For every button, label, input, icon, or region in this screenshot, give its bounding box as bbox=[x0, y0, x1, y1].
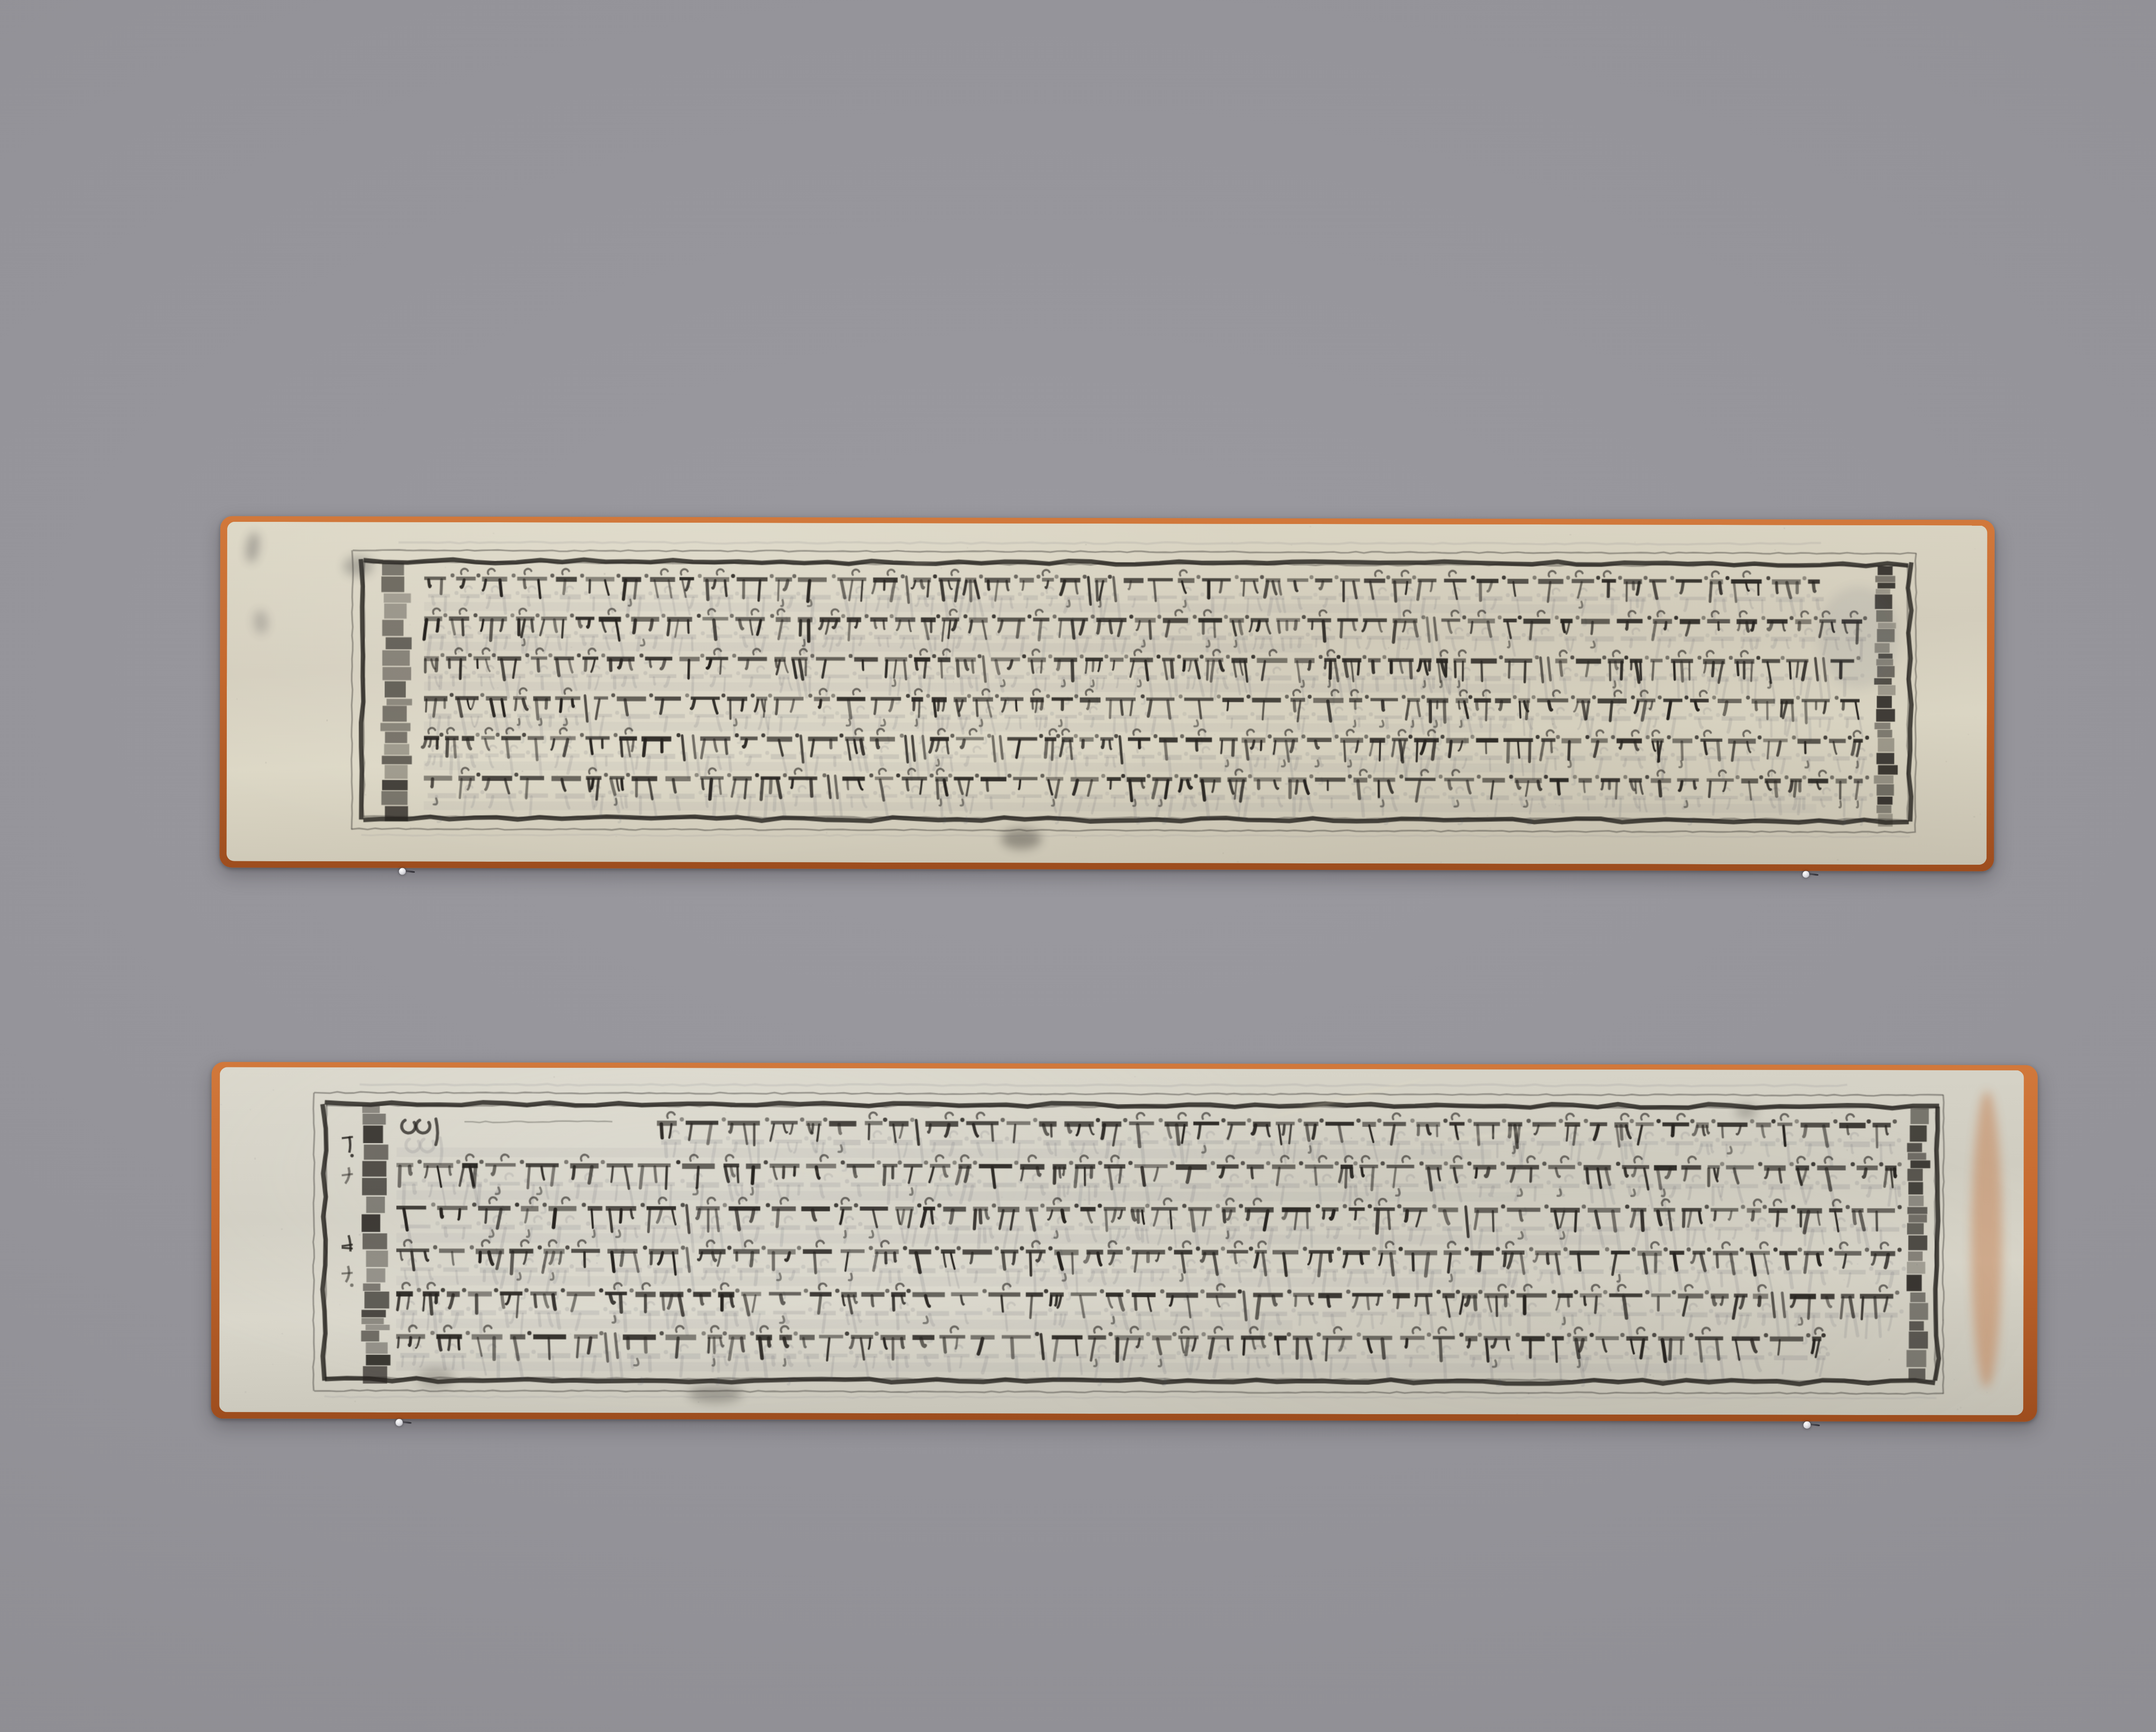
pin-stem bbox=[1808, 873, 1818, 876]
woodblock-print-canvas bbox=[227, 522, 1987, 865]
leaf-paper bbox=[227, 522, 1987, 865]
leaf-paper bbox=[219, 1067, 2024, 1415]
manuscript-leaf-top bbox=[219, 516, 1995, 871]
mounting-pin bbox=[1803, 1420, 1819, 1430]
pin-head bbox=[1803, 1421, 1811, 1428]
mounting-pin bbox=[399, 867, 414, 876]
pin-stem bbox=[404, 870, 415, 873]
pin-stem bbox=[1809, 1423, 1820, 1426]
manuscript-leaf-bottom bbox=[211, 1062, 2037, 1422]
mounting-pin bbox=[395, 1418, 411, 1428]
woodblock-print-canvas bbox=[219, 1067, 2024, 1415]
mounting-pin bbox=[1802, 870, 1818, 879]
pin-head bbox=[1802, 871, 1810, 878]
pin-stem bbox=[401, 1421, 412, 1424]
pin-head bbox=[395, 1419, 403, 1426]
pin-head bbox=[399, 868, 406, 875]
photo-backdrop bbox=[0, 0, 2156, 1732]
